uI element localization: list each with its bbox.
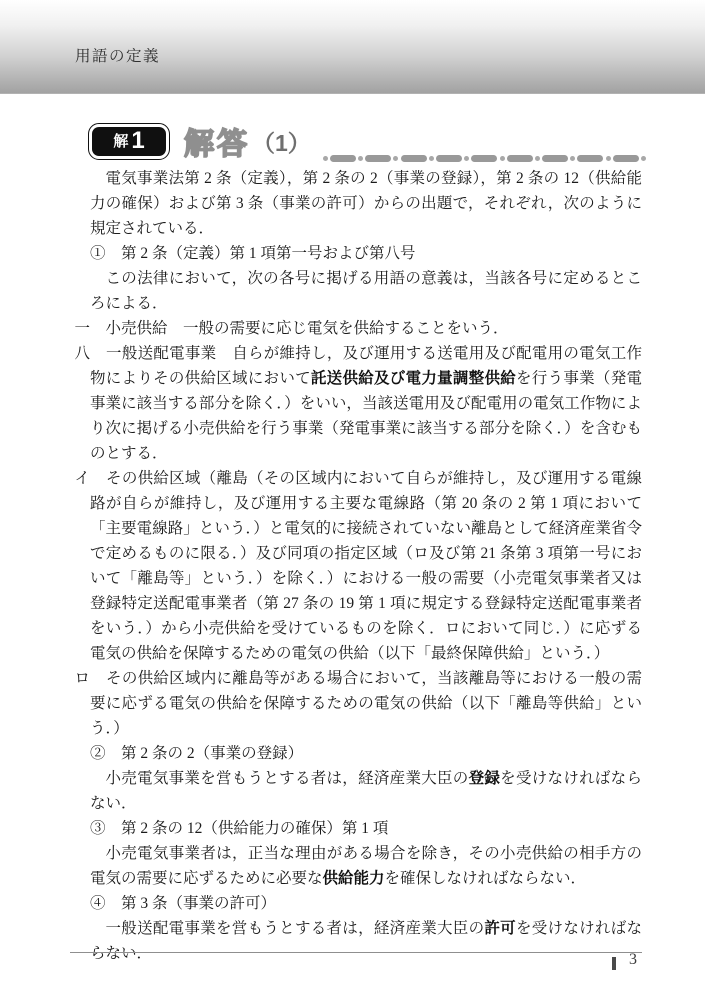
page-number: 3 [629,951,637,969]
list-item: ロ その供給区域内に離島等がある場合において，当該離島等における一般の需要に応ず… [90,666,642,741]
answer-badge: 解 1 [88,123,170,160]
header-title: 用語の定義 [75,44,160,66]
badge-number-label: 1 [131,129,144,153]
badge-kanji-label: 解 [113,134,128,149]
section-title-sub: （1） [252,125,311,158]
text-run: イ その供給区域（離島（その区域内において自らが維持し，及び運用する電線路が自ら… [75,470,643,662]
dash-dot [570,156,575,161]
dash-segment [401,155,427,162]
dash-segment [507,155,533,162]
body-text: 電気事業法第 2 条（定義），第 2 条の 2（事業の登録），第 2 条の 12… [90,166,642,966]
list-item: ③ 第 2 条の 12（供給能力の確保）第 1 項 [90,816,642,841]
text-run: ③ 第 2 条の 12（供給能力の確保）第 1 項 [90,820,388,837]
list-item: ① 第 2 条（定義）第 1 項第一号および第八号 [90,241,642,266]
text-run: ② 第 2 条の 2（事業の登録） [90,745,303,762]
list-item: イ その供給区域（離島（その区域内において自らが維持し，及び運用する電線路が自ら… [90,466,642,666]
list-item: 八 一般送配電事業 自らが維持し，及び運用する送電用及び配電用の電気工作物により… [90,341,642,466]
text-run: を確保しなければならない． [385,870,587,887]
dash-dot [323,156,328,161]
text-run: ロ その供給区域内に離島等がある場合において，当該離島等における一般の需要に応ず… [75,670,643,737]
bold-term: 許可 [484,920,516,937]
footer-tick-icon [612,957,616,970]
text-run: ④ 第 3 条（事業の許可） [90,895,276,912]
dashed-divider [323,154,646,162]
text-run: 小売電気事業を営もうとする者は，経済産業大臣の [106,770,469,787]
paragraph: 一般送配電事業を営もうとする者は，経済産業大臣の許可を受けなければならない． [90,916,642,966]
dash-segment [471,155,497,162]
bold-term: 託送供給及び電力量調整供給 [311,370,516,387]
dash-segment [542,155,568,162]
answer-title-row: 解 1 解答 （1） [88,117,648,165]
dash-dot [429,156,434,161]
dash-dot [464,156,469,161]
page-header-band: 用語の定義 [0,0,705,94]
dash-segment [330,155,356,162]
dash-dot [500,156,505,161]
list-item: ② 第 2 条の 2（事業の登録） [90,741,642,766]
text-run: ① 第 2 条（定義）第 1 項第一号および第八号 [90,245,416,262]
list-item: ④ 第 3 条（事業の許可） [90,891,642,916]
paragraph: 小売電気事業を営もうとする者は，経済産業大臣の登録を受けなければならない． [90,766,642,816]
dash-segment [613,155,639,162]
dash-dot [393,156,398,161]
bold-term: 供給能力 [323,870,385,887]
dash-segment [577,155,603,162]
paragraph: 電気事業法第 2 条（定義），第 2 条の 2（事業の登録），第 2 条の 12… [90,166,642,241]
text-run: 電気事業法第 2 条（定義），第 2 条の 2（事業の登録），第 2 条の 12… [90,170,642,237]
footer-rule [70,952,642,953]
dash-dot [535,156,540,161]
dash-dot [606,156,611,161]
text-run: 一般送配電事業を営もうとする者は，経済産業大臣の [106,920,485,937]
section-title: 解答 [184,119,250,163]
text-run: 一 小売供給 一般の需要に応じ電気を供給することをいう． [75,320,509,337]
dash-dot [358,156,363,161]
answer-badge-inner: 解 1 [92,127,166,156]
bold-term: 登録 [469,770,501,787]
dash-dot [641,156,646,161]
paragraph: 小売電気事業者は，正当な理由がある場合を除き，その小売供給の相手方の電気の需要に… [90,841,642,891]
list-item: 一 小売供給 一般の需要に応じ電気を供給することをいう． [90,316,642,341]
text-run: この法律において，次の各号に掲げる用語の意義は，当該各号に定めるところによる． [90,270,642,312]
dash-segment [436,155,462,162]
paragraph: この法律において，次の各号に掲げる用語の意義は，当該各号に定めるところによる． [90,266,642,316]
dash-segment [365,155,391,162]
